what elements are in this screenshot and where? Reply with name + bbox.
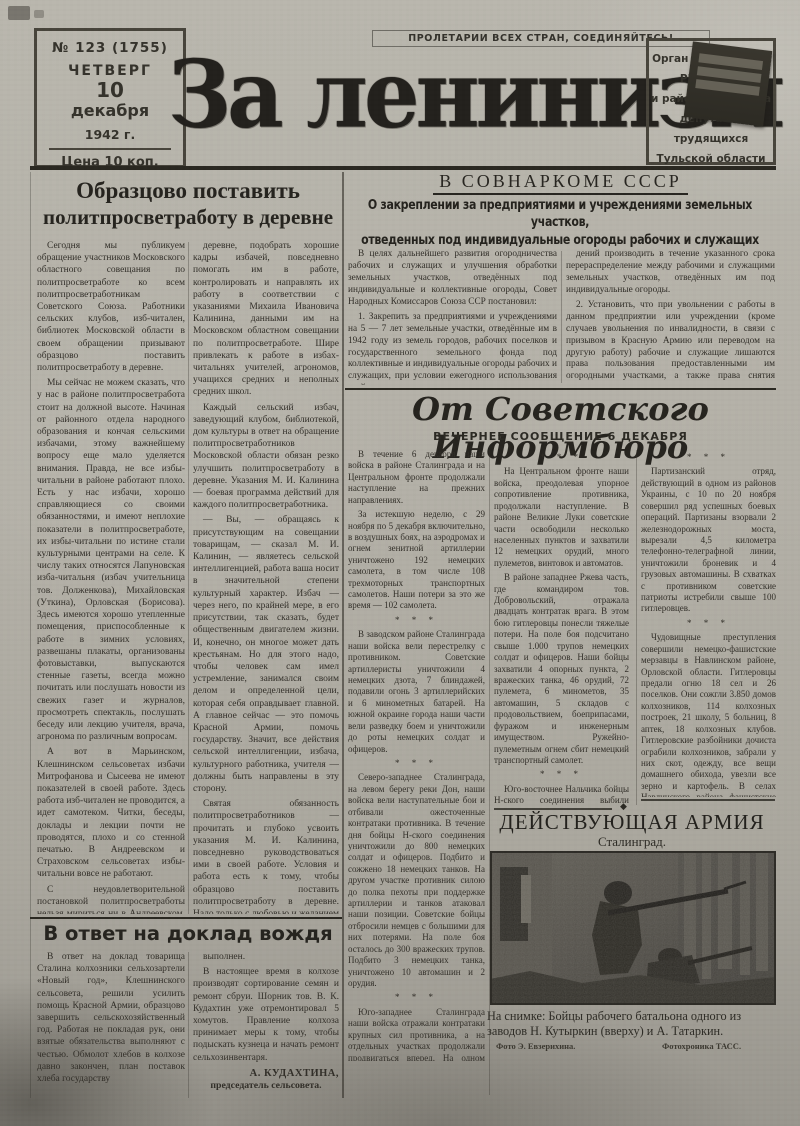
signature-role: председатель сельсовета.: [193, 1080, 339, 1093]
reply-column-2-text: выполнен.В настоящее время в колхозе про…: [193, 951, 339, 1064]
lead-column-1: Сегодня мы публикуем обращение участнико…: [37, 240, 185, 914]
informburo-col3-end-rule: [641, 799, 775, 801]
army-section-title: ДЕЙСТВУЮЩАЯ АРМИЯ: [488, 810, 776, 835]
issue-month: декабря: [37, 101, 183, 120]
sovnarkom-headline-line1: О закреплении за предприятиями и учрежде…: [344, 197, 775, 232]
masthead-title: За ленинизм: [168, 42, 658, 166]
lead-column-rule: [188, 242, 189, 914]
issue-year: 1942 г.: [37, 127, 183, 142]
issue-info-box: № 123 (1755) ЧЕТВЕРГ 10 декабря 1942 г. …: [34, 28, 186, 168]
frontline-photo: [490, 851, 776, 1005]
left-edge-rule: [30, 172, 31, 1098]
reply-column-rule: [188, 952, 189, 1098]
sovnarkom-kicker: В СОВНАРКОМЕ СССР: [345, 171, 776, 195]
signature-name: А. КУДАХТИНА,: [193, 1067, 339, 1080]
informburo-column-3: * * *Партизанский отряд, действующий в о…: [641, 449, 776, 797]
army-section-subtitle: Сталинград.: [488, 834, 776, 850]
informburo-subtitle: ВЕЧЕРНЕЕ СООБЩЕНИЕ 6 ДЕКАБРЯ: [345, 430, 776, 443]
sovnarkom-column-rule: [561, 251, 562, 383]
lead-headline-line1: Образцово поставить: [34, 178, 342, 204]
reply-top-rule: [30, 917, 342, 919]
reply-column-2: выполнен.В настоящее время в колхозе про…: [193, 951, 339, 1099]
sovnarkom-headline-line2: отведенных под индивидуальные огороды ра…: [344, 232, 775, 249]
library-stamp: [684, 41, 773, 126]
agency-credit: Фотохроника ТАСС.: [662, 1041, 741, 1051]
issue-number: № 123 (1755): [37, 40, 183, 56]
header-rule: [30, 166, 776, 170]
lead-column-2: деревне, подобрать хорошие кадры избачей…: [193, 240, 339, 914]
scan-smudge: [8, 6, 30, 20]
frontline-photo-image: [490, 851, 776, 1005]
issue-day: 10: [37, 80, 183, 100]
sovnarkom-headline: О закреплении за предприятиями и учрежде…: [344, 197, 775, 249]
informburo-rule-2: [636, 450, 637, 805]
informburo-column-1: В течение 6 декабря наши войска в районе…: [348, 449, 485, 1061]
reply-headline: В ответ на доклад вождя: [34, 922, 342, 945]
newspaper-page: № 123 (1755) ЧЕТВЕРГ 10 декабря 1942 г. …: [0, 0, 800, 1126]
sovnarkom-column-2: дений производить в течение указанного с…: [566, 249, 775, 385]
photo-credit: Фото Э. Евзерихина.: [496, 1041, 575, 1051]
scan-smudge: [34, 10, 44, 18]
issue-divider: [49, 148, 171, 150]
reply-column-1: В ответ на доклад товарища Сталина колхо…: [37, 951, 185, 1099]
photo-caption: На снимке: Бойцы рабочего батальона одно…: [487, 1009, 777, 1039]
issue-weekday: ЧЕТВЕРГ: [37, 63, 183, 79]
sovnarkom-column-1: В целях дальнейшего развития огородничес…: [348, 249, 557, 385]
main-column-rule: [342, 172, 344, 1098]
informburo-column-2: * * *На Центральном фронте наши войска, …: [494, 449, 629, 805]
lead-headline: Образцово поставить политпросветработу в…: [34, 178, 342, 231]
sovnarkom-kicker-text: В СОВНАРКОМЕ СССР: [433, 171, 688, 195]
lead-headline-line2: политпросветработу в деревне: [34, 204, 342, 230]
